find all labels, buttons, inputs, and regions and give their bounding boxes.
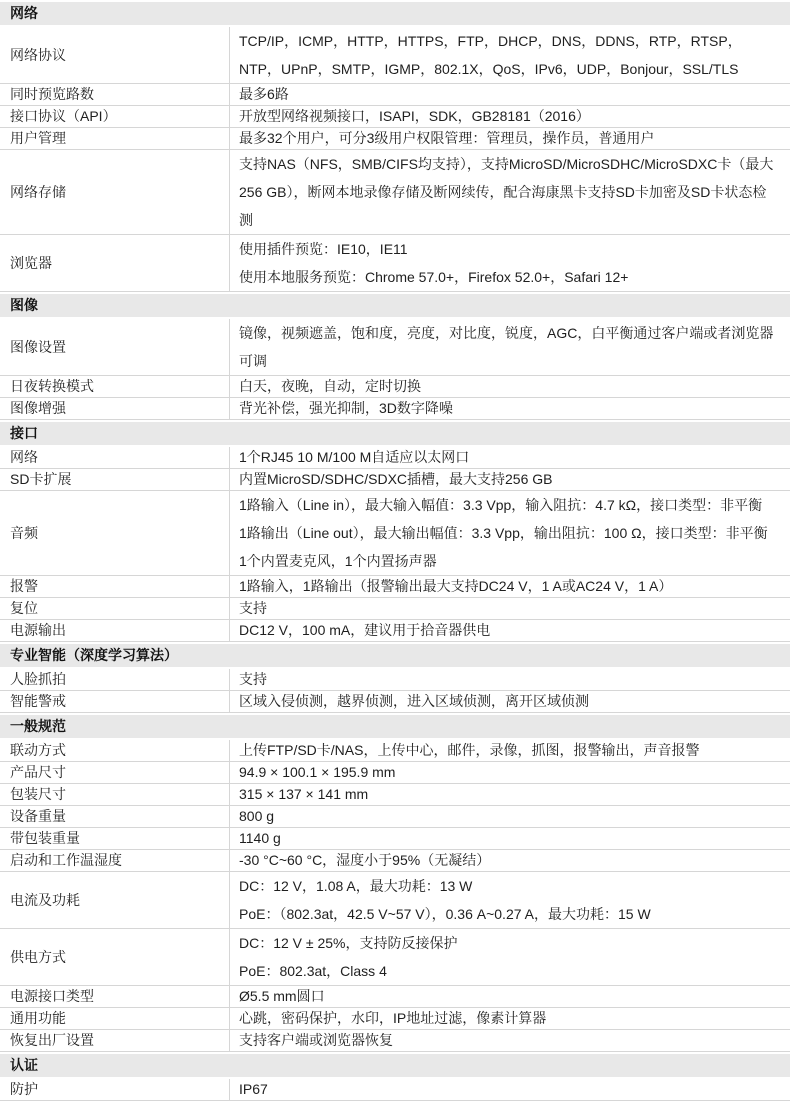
spec-label: 启动和工作温湿度 [0, 850, 230, 872]
spec-label: 智能警戒 [0, 691, 230, 713]
spec-label: 带包装重量 [0, 828, 230, 850]
spec-value: 1个RJ45 10 M/100 M自适应以太网口 [230, 447, 790, 469]
spec-label: 报警 [0, 576, 230, 598]
spec-value-line: 1路输入（Line in），最大输入幅值：3.3 Vpp，输入阻抗：4.7 kΩ… [239, 491, 778, 519]
section-title: 认证 [0, 1052, 790, 1079]
spec-value: 内置MicroSD/SDHC/SDXC插槽，最大支持256 GB [230, 469, 790, 491]
spec-value-line: 最多32个用户，可分3级用户权限管理：管理员，操作员，普通用户 [239, 131, 778, 146]
spec-label: 电流及功耗 [0, 872, 230, 929]
spec-value-line: 315 × 137 × 141 mm [239, 787, 778, 802]
spec-table: 网络网络协议TCP/IP，ICMP，HTTP，HTTPS，FTP，DHCP，DN… [0, 0, 790, 1101]
spec-value-line: 支持客户端或浏览器恢复 [239, 1033, 778, 1048]
section-header-row: 一般规范 [0, 713, 790, 740]
spec-value-line: DC12 V，100 mA，建议用于拾音器供电 [239, 623, 778, 638]
spec-label: 接口协议（API） [0, 106, 230, 128]
spec-value: -30 °C~60 °C，湿度小于95%（无凝结） [230, 850, 790, 872]
spec-row: 音频1路输入（Line in），最大输入幅值：3.3 Vpp，输入阻抗：4.7 … [0, 491, 790, 576]
spec-label: 图像增强 [0, 398, 230, 420]
spec-row: 带包装重量1140 g [0, 828, 790, 850]
spec-label: 恢复出厂设置 [0, 1030, 230, 1052]
spec-value-line: 背光补偿，强光抑制，3D数字降噪 [239, 401, 778, 416]
spec-label: 通用功能 [0, 1008, 230, 1030]
spec-value: 支持 [230, 669, 790, 691]
spec-value: 最多32个用户，可分3级用户权限管理：管理员，操作员，普通用户 [230, 128, 790, 150]
spec-value-line: 使用本地服务预览：Chrome 57.0+，Firefox 52.0+，Safa… [239, 263, 778, 291]
spec-value: 94.9 × 100.1 × 195.9 mm [230, 762, 790, 784]
spec-label: 设备重量 [0, 806, 230, 828]
spec-value-line: 上传FTP/SD卡/NAS，上传中心，邮件，录像，抓图，报警输出，声音报警 [239, 743, 778, 758]
spec-label: 人脸抓拍 [0, 669, 230, 691]
spec-value-line: PoE：（802.3at，42.5 V~57 V），0.36 A~0.27 A，… [239, 900, 778, 928]
spec-row: 供电方式DC：12 V ± 25%，支持防反接保护PoE：802.3at，Cla… [0, 929, 790, 986]
spec-label: 包装尺寸 [0, 784, 230, 806]
spec-value: 1路输入（Line in），最大输入幅值：3.3 Vpp，输入阻抗：4.7 kΩ… [230, 491, 790, 576]
section-header-row: 认证 [0, 1052, 790, 1079]
spec-value: 1路输入，1路输出（报警输出最大支持DC24 V，1 A或AC24 V，1 A） [230, 576, 790, 598]
spec-row: 网络1个RJ45 10 M/100 M自适应以太网口 [0, 447, 790, 469]
spec-value-line: DC：12 V ± 25%，支持防反接保护 [239, 929, 778, 957]
spec-value-line: IP67 [239, 1082, 778, 1097]
spec-value-line: 白天，夜晚，自动，定时切换 [239, 379, 778, 394]
spec-value-line: 1个RJ45 10 M/100 M自适应以太网口 [239, 450, 778, 465]
spec-value: DC12 V，100 mA，建议用于拾音器供电 [230, 620, 790, 642]
spec-value: 支持 [230, 598, 790, 620]
spec-value-line: 心跳，密码保护，水印，IP地址过滤，像素计算器 [239, 1011, 778, 1026]
spec-row: 设备重量800 g [0, 806, 790, 828]
spec-value: 最多6路 [230, 84, 790, 106]
spec-value-line: 800 g [239, 809, 778, 824]
spec-label: SD卡扩展 [0, 469, 230, 491]
spec-value: 镜像，视频遮盖，饱和度，亮度，对比度，锐度，AGC，白平衡通过客户端或者浏览器可… [230, 319, 790, 376]
spec-row: 恢复出厂设置支持客户端或浏览器恢复 [0, 1030, 790, 1052]
spec-label: 日夜转换模式 [0, 376, 230, 398]
spec-value-line: 支持 [239, 601, 778, 616]
spec-row: 联动方式上传FTP/SD卡/NAS，上传中心，邮件，录像，抓图，报警输出，声音报… [0, 740, 790, 762]
spec-value: 开放型网络视频接口，ISAPI，SDK，GB28181（2016） [230, 106, 790, 128]
spec-value-line: 区域入侵侦测，越界侦测，进入区域侦测，离开区域侦测 [239, 694, 778, 709]
spec-value: 上传FTP/SD卡/NAS，上传中心，邮件，录像，抓图，报警输出，声音报警 [230, 740, 790, 762]
spec-value: 支持客户端或浏览器恢复 [230, 1030, 790, 1052]
spec-label: 网络存储 [0, 150, 230, 235]
spec-value: 800 g [230, 806, 790, 828]
spec-label: 电源接口类型 [0, 986, 230, 1008]
spec-value-line: 镜像，视频遮盖，饱和度，亮度，对比度，锐度，AGC，白平衡通过客户端或者浏览器可… [239, 319, 778, 375]
spec-label: 产品尺寸 [0, 762, 230, 784]
spec-row: SD卡扩展内置MicroSD/SDHC/SDXC插槽，最大支持256 GB [0, 469, 790, 491]
section-title: 一般规范 [0, 713, 790, 740]
spec-label: 联动方式 [0, 740, 230, 762]
spec-value-line: 1个内置麦克风，1个内置扬声器 [239, 547, 778, 575]
section-title: 专业智能（深度学习算法） [0, 642, 790, 669]
spec-row: 网络协议TCP/IP，ICMP，HTTP，HTTPS，FTP，DHCP，DNS，… [0, 27, 790, 84]
spec-label: 音频 [0, 491, 230, 576]
section-title: 接口 [0, 420, 790, 447]
spec-row: 电源接口类型Ø5.5 mm圆口 [0, 986, 790, 1008]
spec-row: 电流及功耗DC：12 V，1.08 A，最大功耗：13 WPoE：（802.3a… [0, 872, 790, 929]
spec-row: 日夜转换模式白天，夜晚，自动，定时切换 [0, 376, 790, 398]
spec-row: 电源输出DC12 V，100 mA，建议用于拾音器供电 [0, 620, 790, 642]
spec-value: 心跳，密码保护，水印，IP地址过滤，像素计算器 [230, 1008, 790, 1030]
spec-value-line: DC：12 V，1.08 A，最大功耗：13 W [239, 872, 778, 900]
spec-value: 使用插件预览：IE10，IE11使用本地服务预览：Chrome 57.0+，Fi… [230, 235, 790, 292]
spec-label: 电源输出 [0, 620, 230, 642]
spec-value-line: 1路输入，1路输出（报警输出最大支持DC24 V，1 A或AC24 V，1 A） [239, 579, 778, 594]
spec-label: 供电方式 [0, 929, 230, 986]
spec-label: 网络 [0, 447, 230, 469]
spec-row: 图像增强背光补偿，强光抑制，3D数字降噪 [0, 398, 790, 420]
spec-value: 315 × 137 × 141 mm [230, 784, 790, 806]
spec-value: 支持NAS（NFS，SMB/CIFS均支持），支持MicroSD/MicroSD… [230, 150, 790, 235]
spec-value-line: 使用插件预览：IE10，IE11 [239, 235, 778, 263]
spec-sheet-page: 网络网络协议TCP/IP，ICMP，HTTP，HTTPS，FTP，DHCP，DN… [0, 0, 790, 1101]
spec-value-line: 开放型网络视频接口，ISAPI，SDK，GB28181（2016） [239, 109, 778, 124]
spec-row: 图像设置镜像，视频遮盖，饱和度，亮度，对比度，锐度，AGC，白平衡通过客户端或者… [0, 319, 790, 376]
section-header-row: 专业智能（深度学习算法） [0, 642, 790, 669]
spec-value: 1140 g [230, 828, 790, 850]
section-header-row: 接口 [0, 420, 790, 447]
spec-value: IP67 [230, 1079, 790, 1101]
spec-row: 防护IP67 [0, 1079, 790, 1101]
spec-label: 用户管理 [0, 128, 230, 150]
spec-row: 同时预览路数最多6路 [0, 84, 790, 106]
spec-label: 图像设置 [0, 319, 230, 376]
spec-row: 启动和工作温湿度-30 °C~60 °C，湿度小于95%（无凝结） [0, 850, 790, 872]
section-title: 网络 [0, 0, 790, 27]
spec-value: 背光补偿，强光抑制，3D数字降噪 [230, 398, 790, 420]
spec-row: 人脸抓拍支持 [0, 669, 790, 691]
spec-row: 包装尺寸315 × 137 × 141 mm [0, 784, 790, 806]
spec-value-line: PoE：802.3at，Class 4 [239, 957, 778, 985]
spec-row: 浏览器使用插件预览：IE10，IE11使用本地服务预览：Chrome 57.0+… [0, 235, 790, 292]
spec-value-line: TCP/IP，ICMP，HTTP，HTTPS，FTP，DHCP，DNS，DDNS… [239, 27, 778, 83]
spec-row: 通用功能心跳，密码保护，水印，IP地址过滤，像素计算器 [0, 1008, 790, 1030]
spec-label: 网络协议 [0, 27, 230, 84]
section-header-row: 网络 [0, 0, 790, 27]
section-header-row: 图像 [0, 292, 790, 319]
spec-value: 区域入侵侦测，越界侦测，进入区域侦测，离开区域侦测 [230, 691, 790, 713]
spec-row: 接口协议（API）开放型网络视频接口，ISAPI，SDK，GB28181（201… [0, 106, 790, 128]
spec-table-body: 网络网络协议TCP/IP，ICMP，HTTP，HTTPS，FTP，DHCP，DN… [0, 0, 790, 1101]
section-title: 图像 [0, 292, 790, 319]
spec-value-line: 支持 [239, 672, 778, 687]
spec-row: 产品尺寸94.9 × 100.1 × 195.9 mm [0, 762, 790, 784]
spec-row: 网络存储支持NAS（NFS，SMB/CIFS均支持），支持MicroSD/Mic… [0, 150, 790, 235]
spec-label: 浏览器 [0, 235, 230, 292]
spec-value: Ø5.5 mm圆口 [230, 986, 790, 1008]
spec-value: TCP/IP，ICMP，HTTP，HTTPS，FTP，DHCP，DNS，DDNS… [230, 27, 790, 84]
spec-value-line: 1140 g [239, 831, 778, 846]
spec-label: 复位 [0, 598, 230, 620]
spec-value-line: 94.9 × 100.1 × 195.9 mm [239, 765, 778, 780]
spec-row: 报警1路输入，1路输出（报警输出最大支持DC24 V，1 A或AC24 V，1 … [0, 576, 790, 598]
spec-row: 智能警戒区域入侵侦测，越界侦测，进入区域侦测，离开区域侦测 [0, 691, 790, 713]
spec-value-line: -30 °C~60 °C，湿度小于95%（无凝结） [239, 853, 778, 868]
spec-value-line: Ø5.5 mm圆口 [239, 989, 778, 1004]
spec-row: 复位支持 [0, 598, 790, 620]
spec-value-line: 支持NAS（NFS，SMB/CIFS均支持），支持MicroSD/MicroSD… [239, 150, 778, 234]
spec-value-line: 内置MicroSD/SDHC/SDXC插槽，最大支持256 GB [239, 472, 778, 487]
spec-value-line: 最多6路 [239, 87, 778, 102]
spec-value: 白天，夜晚，自动，定时切换 [230, 376, 790, 398]
spec-label: 防护 [0, 1079, 230, 1101]
spec-value: DC：12 V ± 25%，支持防反接保护PoE：802.3at，Class 4 [230, 929, 790, 986]
spec-value-line: 1路输出（Line out），最大输出幅值：3.3 Vpp，输出阻抗：100 Ω… [239, 519, 778, 547]
spec-value: DC：12 V，1.08 A，最大功耗：13 WPoE：（802.3at，42.… [230, 872, 790, 929]
spec-row: 用户管理最多32个用户，可分3级用户权限管理：管理员，操作员，普通用户 [0, 128, 790, 150]
spec-label: 同时预览路数 [0, 84, 230, 106]
